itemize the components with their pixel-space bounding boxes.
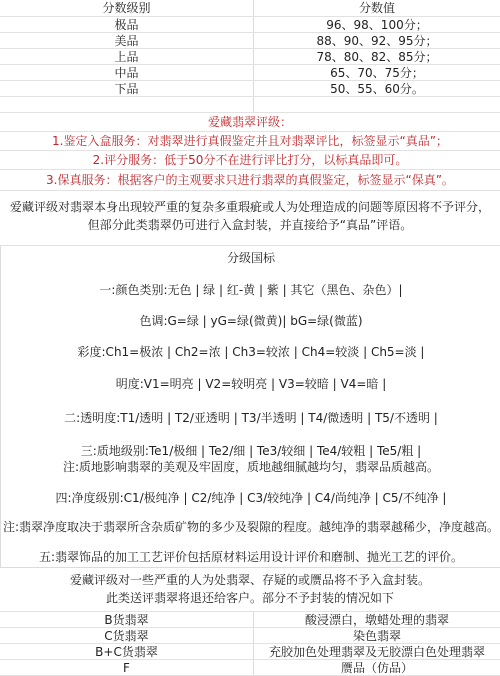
rejection-note-line1: 爱藏评级对一些严重的人为处翡翠、存疑的或赝品将不予入盒封装。 [0,571,500,589]
table-row: 中品 65、70、75分； [0,65,500,81]
rejection-note-line2: 此类送评翡翠将退还给客户。部分不予封装的情况如下 [0,589,500,607]
table-row: B+C货翡翠 充胶加色处理翡翠及无胶漂白色处理翡翠 [0,644,500,660]
header-score: 分数值 [254,0,500,16]
service-item: 2.评分服务：低于50分不在进行评比打分，以标真品即可。 [0,151,500,170]
score-cell: 88、90、92、95分； [254,33,500,48]
score-cell: 50、55、60分。 [254,81,500,96]
table-row: 美品 88、90、92、95分； [0,33,500,49]
type-cell: B货翡翠 [0,612,254,627]
no-score-note-line2: 但部分此类翡翠仍可进行入盒封装，并直接给予“真品”评语。 [0,216,500,234]
description-cell: 赝品（仿品） [254,660,500,675]
grade-cell: 美品 [0,33,254,48]
texture-note: 注:质地影响翡翠的美观及牢固度，质地越细腻越均匀，翡翠品质越高。 [1,459,500,475]
no-score-note-line1: 爱藏评级对翡翠本身出现较严重的复杂多重瑕疵或人为处理造成的问题等原因将不予评分， [0,198,500,216]
grade-cell: 中品 [0,65,254,80]
table-row: 极品 96、98、100分； [0,17,500,33]
score-cell: 78、80、82、85分； [254,49,500,64]
type-cell: B+C货翡翠 [0,644,254,659]
description-cell: 充胶加色处理翡翠及无胶漂白色处理翡翠 [254,644,500,659]
description-cell: 酸浸漂白，墩蜡处理的翡翠 [254,612,500,627]
jadeite-grading-document: 分数级别 分数值 极品 96、98、100分； 美品 88、90、92、95分；… [0,0,500,676]
grade-cell: 上品 [0,49,254,64]
craft: 五:翡翠饰品的加工工艺评价包括原材料运用设计评价和磨制、抛光工艺的评价。 [1,549,500,565]
score-cell: 65、70、75分； [254,65,500,80]
value: 明度:V1=明亮 | V2=较明亮 | V3=较暗 | V4=暗 | [1,376,500,392]
clarity: 四:净度级别:C1/极纯净 | C2/纯净 | C3/较纯净 | C4/尚纯净 … [1,490,500,506]
no-score-note: 爱藏评级对翡翠本身出现较严重的复杂多重瑕疵或人为处理造成的问题等原因将不予评分，… [0,191,500,246]
type-cell: C货翡翠 [0,628,254,643]
empty-cell [0,97,254,112]
type-cell: F [0,660,254,675]
services-title: 爱藏翡翠评级： [0,113,500,132]
table-row: B货翡翠 酸浸漂白，墩蜡处理的翡翠 [0,612,500,628]
hue: 色调:G=绿 | yG=绿(微黄)| bG=绿(微蓝) [1,313,500,329]
table-row: C货翡翠 染色翡翠 [0,628,500,644]
score-table-header: 分数级别 分数值 [0,0,500,17]
table-row-empty [0,97,500,113]
grade-cell: 下品 [0,81,254,96]
description-cell: 染色翡翠 [254,628,500,643]
grade-cell: 极品 [0,17,254,32]
rejection-note: 爱藏评级对一些严重的人为处翡翠、存疑的或赝品将不予入盒封装。 此类送评翡翠将退还… [0,568,500,612]
chroma: 彩度:Ch1=极浓 | Ch2=浓 | Ch3=较浓 | Ch4=较淡 | Ch… [1,344,500,360]
color-category: 一:颜色类别:无色 | 绿 | 红-黄 | 紫 | 其它（黑色、杂色）| [1,282,500,298]
empty-cell [254,97,500,112]
header-grade: 分数级别 [0,0,254,16]
texture: 三:质地级别:Te1/极细 | Te2/细 | Te3/较细 | Te4/较粗 … [1,443,500,459]
score-cell: 96、98、100分； [254,17,500,32]
clarity-note: 注:翡翠净度取决于翡翠所含杂质矿物的多少及裂隙的程度。越纯净的翡翠越稀少，净度越… [1,519,500,535]
table-row: 上品 78、80、82、85分； [0,49,500,65]
service-item: 3.保真服务：根据客户的主观要求只进行翡翠的真假鉴定，标签显示“保真”。 [0,170,500,191]
service-item: 1.鉴定入盒服务：对翡翠进行真假鉴定并且对翡翠评比，标签显示“真品”； [0,132,500,151]
table-row: F 赝品（仿品） [0,660,500,676]
transparency: 二:透明度:T1/透明 | T2/亚透明 | T3/半透明 | T4/微透明 |… [1,410,500,426]
national-standard-section: 分级国标 一:颜色类别:无色 | 绿 | 红-黄 | 紫 | 其它（黑色、杂色）… [0,246,500,568]
national-standard-title: 分级国标 [1,250,500,266]
table-row: 下品 50、55、60分。 [0,81,500,97]
